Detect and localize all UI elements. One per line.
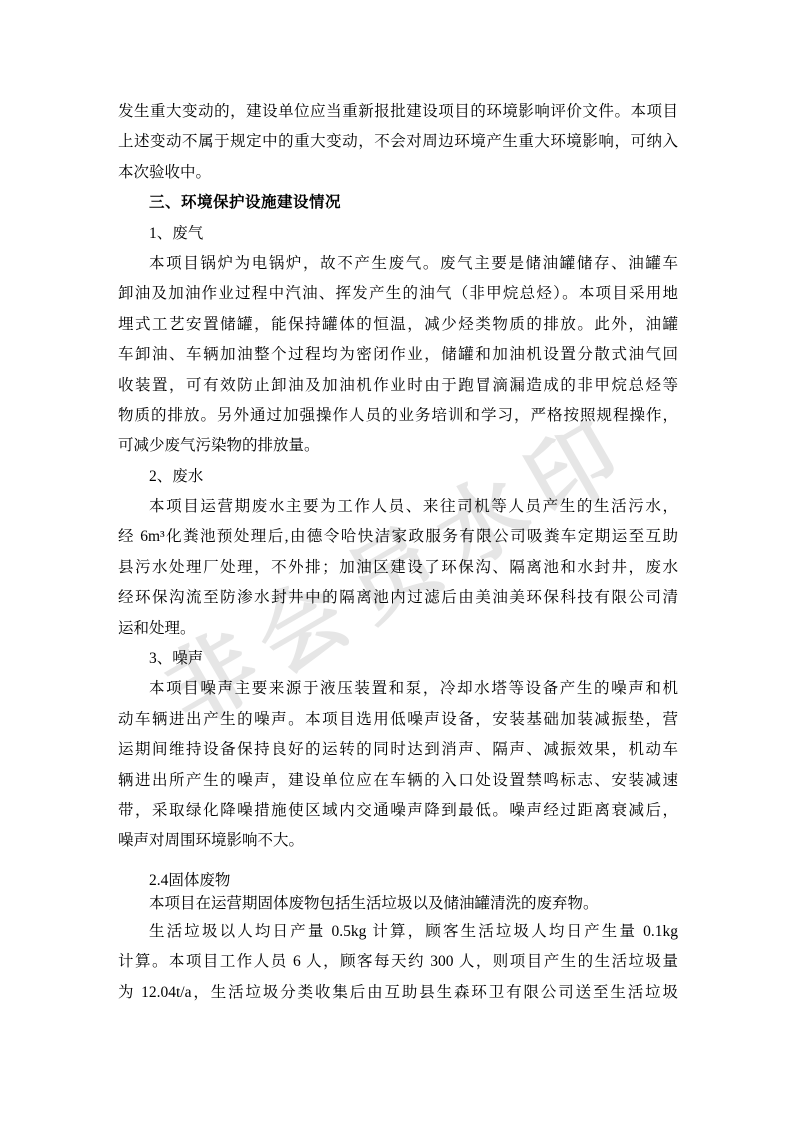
subsection-heading-gas: 1、废气 bbox=[118, 219, 678, 249]
text-line: 运和处理。 bbox=[118, 614, 678, 644]
text-line: 本项目噪声主要来源于液压装置和泵，冷却水塔等设备产生的噪声和机 bbox=[118, 674, 678, 704]
text-line: 本项目在运营期固体废物包括生活垃圾以及储油罐清洗的废弃物。 bbox=[118, 890, 678, 917]
text-line: 发生重大变动的，建设单位应当重新报批建设项目的环境影响评价文件。本项目 bbox=[118, 97, 678, 127]
text-line: 经环保沟流至防渗水封井中的隔离池内过滤后由美油美环保科技有限公司清 bbox=[118, 583, 678, 613]
text-line: 经 6m³化粪池预处理后,由德令哈快洁家政服务有限公司吸粪车定期运至互助 bbox=[118, 522, 678, 552]
text-line: 本次验收中。 bbox=[118, 158, 678, 188]
text-line: 可减少废气污染物的排放量。 bbox=[118, 431, 678, 461]
text-line: 县污水处理厂处理，不外排；加油区建设了环保沟、隔离池和水封井，废水 bbox=[118, 553, 678, 583]
subsection-heading-noise: 3、噪声 bbox=[118, 644, 678, 674]
text-line: 收装置，可有效防止卸油及加油机作业时由于跑冒滴漏造成的非甲烷总烃等 bbox=[118, 371, 678, 401]
text-line: 为 12.04t/a，生活垃圾分类收集后由互助县生森环卫有限公司送至生活垃圾 bbox=[118, 978, 678, 1008]
text-line: 物质的排放。另外通过加强操作人员的业务培训和学习，严格按照规程操作， bbox=[118, 401, 678, 431]
text-line: 卸油及加油作业过程中汽油、挥发产生的油气（非甲烷总烃）。本项目采用地 bbox=[118, 279, 678, 309]
subsection-heading-solid-waste: 2.4固体废物 bbox=[118, 872, 678, 890]
text-line: 本项目锅炉为电锅炉，故不产生废气。废气主要是储油罐储存、油罐车 bbox=[118, 249, 678, 279]
text-line: 上述变动不属于规定中的重大变动，不会对周边环境产生重大环境影响，可纳入 bbox=[118, 127, 678, 157]
text-line: 本项目运营期废水主要为工作人员、来往司机等人员产生的生活污水， bbox=[118, 492, 678, 522]
text-line: 运期间维持设备保持良好的运转的同时达到消声、隔声、减振效果，机动车 bbox=[118, 735, 678, 765]
subsection-heading-wastewater: 2、废水 bbox=[118, 462, 678, 492]
text-line: 噪声对周围环境影响不大。 bbox=[118, 826, 678, 856]
document-body: 发生重大变动的，建设单位应当重新报批建设项目的环境影响评价文件。本项目 上述变动… bbox=[118, 97, 678, 1008]
text-line: 动车辆进出产生的噪声。本项目选用低噪声设备，安装基础加装减振垫，营 bbox=[118, 705, 678, 735]
document-page: 非会员水印 发生重大变动的，建设单位应当重新报批建设项目的环境影响评价文件。本项… bbox=[0, 0, 793, 1122]
text-line: 生活垃圾以人均日产量 0.5kg 计算，顾客生活垃圾人均日产生量 0.1kg bbox=[118, 917, 678, 947]
section-heading: 三、环境保护设施建设情况 bbox=[118, 188, 678, 218]
text-line: 辆进出所产生的噪声，建设单位应在车辆的入口处设置禁鸣标志、安装减速 bbox=[118, 766, 678, 796]
text-line: 计算。本项目工作人员 6 人，顾客每天约 300 人，则项目产生的生活垃圾量 bbox=[118, 947, 678, 977]
text-line: 埋式工艺安置储罐，能保持罐体的恒温，减少烃类物质的排放。此外，油罐 bbox=[118, 310, 678, 340]
text-line: 车卸油、车辆加油整个过程均为密闭作业，储罐和加油机设置分散式油气回 bbox=[118, 340, 678, 370]
text-line: 带，采取绿化降噪措施使区域内交通噪声降到最低。噪声经过距离衰减后， bbox=[118, 796, 678, 826]
